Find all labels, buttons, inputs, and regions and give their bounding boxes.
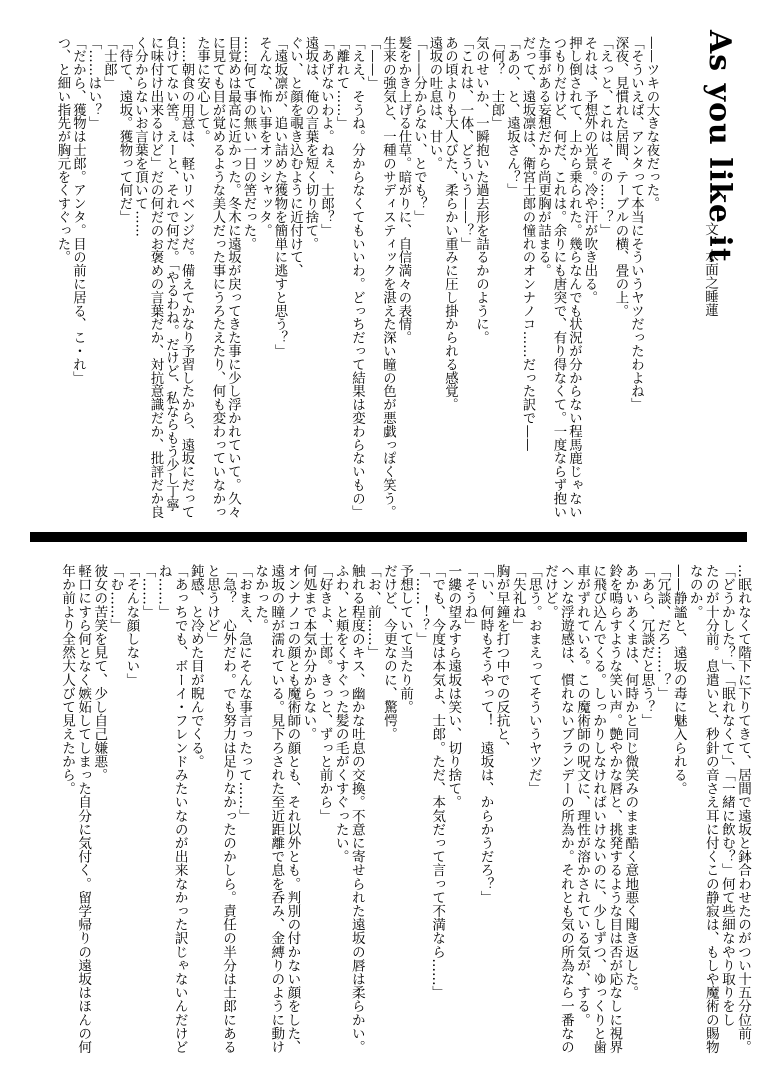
text-column: 髪をかき上げる仕草。暗がりに、自信満々の表情。: [396, 36, 412, 536]
text-column: 「——分からない、とでも？」: [411, 36, 427, 536]
text-column: 「おまえ、急にそんな事言ったって……」: [236, 564, 252, 1078]
text-column: 「離れて……」: [334, 36, 350, 536]
story-section-bottom: …眠れなくて階下に下りてきて、居間で遠坂と鉢合わせたのがつい十五分位前。「どうか…: [59, 564, 751, 1078]
text-column: ぐい、と顔を覗き込むように近付けて、: [287, 36, 303, 536]
text-column: なのか。: [687, 564, 703, 1078]
text-column: ヘンな浮遊感は、慣れないブランデーの所為か。それとも気の所為なら一番なの: [558, 564, 574, 1078]
text-column: つもりだけど、何だ、これは。余りにも唐突で、有り得なくて。一度ならず抱い: [551, 36, 567, 536]
text-column: 「ええ、そうね。分からなくてもいいわ。どっちだって結果は変わらないもの」: [349, 36, 365, 536]
text-column: 一縷の望みすら遠坂は笑い、切り捨て。: [445, 564, 461, 1078]
text-column: 「——」: [365, 36, 381, 536]
text-column: たのが十分前。息遣いと、秒針の音さえ耳に付くこの静寂は、もしや魔術の賜物: [703, 564, 719, 1078]
text-column: なかった。: [252, 564, 268, 1078]
text-column: く分からないお言葉を頂いて……: [132, 36, 148, 536]
text-column: 「何？ 士郎」: [489, 36, 505, 536]
text-column: た事に安心して。: [194, 36, 210, 536]
text-column: 「えっと、これは、その……？」: [597, 36, 613, 536]
text-column: 「そういえば、アンタって本当にそういうヤツだったわよね」: [628, 36, 644, 536]
text-column: 「急？ 心外だわ。でも努力は足りなかったのかしら。責任の半分は士郎にある: [220, 564, 236, 1078]
text-column: 「遠坂凛が、追い詰めた獲物を簡単に逃すと思う？」: [272, 36, 288, 536]
text-column: 「……はい？」: [86, 36, 102, 536]
text-column: ——静謐と、遠坂の毒に魅入られる。: [671, 564, 687, 1078]
text-column: 生来の強気と、一種のサディスティックを湛えた深い瞳の色が悪戯っぽく笑う。: [380, 36, 396, 536]
text-column: 「好きよ、士郎。きっと、ずっと前から」: [316, 564, 332, 1078]
text-column: 「そんな顔しない」: [123, 564, 139, 1078]
text-column: 「思う。おまえってそういうヤツだ」: [526, 564, 542, 1078]
text-column: あの頃よりも大人びた、柔らかい重みに圧し掛かられる感覚。: [442, 36, 458, 536]
text-column: た事がある妄想だから尚更胸が詰まる。: [535, 36, 551, 536]
text-column: 何処まで本気か分からない。: [300, 564, 316, 1078]
text-column: ふわ、と頬をくすぐった髪の毛がくすぐったい。: [333, 564, 349, 1078]
text-column: 胸が早鐘を打つ中での反抗と、: [494, 564, 510, 1078]
text-column: 「失礼ね」: [510, 564, 526, 1078]
text-column: …眠れなくて階下に下りてきて、居間で遠坂と鉢合わせたのがつい十五分位前。: [735, 564, 751, 1078]
text-column: だけど。: [542, 564, 558, 1078]
text-column: 鈴を鳴らすような笑い声。艶やかな唇と、挑発するような目は否が応なしに視界: [606, 564, 622, 1078]
section-divider: [30, 532, 747, 542]
text-column: だけど、今更なのに、驚愕。: [381, 564, 397, 1078]
text-column: に飛び込んでくる。しっかりしなければいけないのに、少しずつ、ゆっくりと歯: [590, 564, 606, 1078]
text-column: 触れる程度のキス、幽かな吐息の交換。不意に寄せられた遠坂の唇は柔らかい。: [349, 564, 365, 1078]
text-column: オンナノコの顔とも魔術師の顔とも、それ以外とも。判別の付かない顔をした、: [284, 564, 300, 1078]
text-column: 気のせいか、一瞬抱いた過去形を詰るかのように。: [473, 36, 489, 536]
author-credit: 文：水面之睡蓮: [700, 222, 720, 352]
text-column: それは、予想外の光景。冷や汗が吹き出る。: [582, 36, 598, 536]
text-column: 「これは、一体、どういう——？」: [458, 36, 474, 536]
text-column: だって、遠坂凛は、衛宮士郎の憧れのオンナノコ……だった訳で——: [520, 36, 536, 536]
text-column: 目覚めは最高に近かった。冬木に遠坂が戻ってきた事に少し浮かれていて。久々: [225, 36, 241, 536]
text-column: 深夜、見慣れた居間、テーブルの横、畳の上。: [613, 36, 629, 536]
text-column: 「あげないわよ。ねぇ、士郎？」: [318, 36, 334, 536]
text-column: 「どうかした？」、「眠れなくて」、「一緒に飲む？」何て些細なやり取りをし: [719, 564, 735, 1078]
text-column: 遠坂は、俺の言葉を短く切り捨て。: [303, 36, 319, 536]
text-column: 車がずれている。この魔術師の呪文に、理性が溶かされている気が、する。: [574, 564, 590, 1078]
text-column: あかいあくまは、何時かと同じ微笑みのまま酷く意地悪く聞き返した。: [622, 564, 638, 1078]
text-column: 「……！？」: [413, 564, 429, 1078]
story-section-top: ——ツキの大きな夜だった。「そういえば、アンタって本当にそういうヤツだったわよね…: [55, 36, 660, 536]
text-column: ——ツキの大きな夜だった。: [644, 36, 660, 536]
text-column: ……何て事の無い一日の筈だった。: [241, 36, 257, 536]
text-column: 遠坂の瞳が濡れている。見下ろされた至近距離で息を呑み、金縛りのように動け: [268, 564, 284, 1078]
text-column: 「あの、と、遠坂さん？」: [504, 36, 520, 536]
text-column: 鈍感、と冷めた目が睨んでくる。: [188, 564, 204, 1078]
text-column: 軽口にすら何となく嫉妬してしまった自分に気付く。留学帰りの遠坂はほんの何: [75, 564, 91, 1078]
text-column: と思うけど」: [204, 564, 220, 1078]
text-column: ね……」: [156, 564, 172, 1078]
text-column: 彼女の苦笑を見て、少し自己嫌悪。: [91, 564, 107, 1078]
text-column: つ、と細い指先が胸元をくすぐった。: [55, 36, 71, 536]
text-column: 「待て、遠坂。獲物って何だ」: [117, 36, 133, 536]
text-column: 「……」: [139, 564, 155, 1078]
text-column: 「お、前……」: [365, 564, 381, 1078]
text-column: 遠坂の吐息は、甘い。: [427, 36, 443, 536]
text-column: 「だから、獲物は士郎。アンタ。目の前に居る、こ・れ」: [70, 36, 86, 536]
text-column: 「い、何時もそうやって！ 遠坂は、からかうだろ？」: [477, 564, 493, 1078]
text-column: 押し倒されて、上から乗られた。幾らなんでも状況が分からない程馬鹿じゃない: [566, 36, 582, 536]
text-column: 「士郎」: [101, 36, 117, 536]
text-column: 「でも、今度は本気よ、士郎。ただ、本気だって言って不満なら……」: [429, 564, 445, 1078]
text-column: 負けてない筈。えーと、それで何だ。「やるわね。だけど、私ならもう少し丁寧: [163, 36, 179, 536]
text-column: ……朝食の用意は、軽いリベンジだ。備えてかなり予習したから、遠坂にだって: [179, 36, 195, 536]
text-column: 「そうね」: [461, 564, 477, 1078]
text-column: 「あら、冗談だと思う？」: [638, 564, 654, 1078]
text-column: 「む……」: [107, 564, 123, 1078]
text-column: 予想していて当たり前。: [397, 564, 413, 1078]
text-column: に見ても目が覚めるような美人だった事にうろたえたり、何も変わっていなかっ: [210, 36, 226, 536]
text-column: に味付け出来るけど」だの何だのお褒めの言葉だか、対抗意識だか、批評だか良: [148, 36, 164, 536]
text-column: 「冗談、だろ……？」: [654, 564, 670, 1078]
text-column: そんな、怖い事をオッシャッタ。: [256, 36, 272, 536]
text-column: 「あっちでも、ボーイ・フレンドみたいなのが出来なかった訳じゃないんだけど: [172, 564, 188, 1078]
text-column: 年か前より全然大人びて見えたから。: [59, 564, 75, 1078]
